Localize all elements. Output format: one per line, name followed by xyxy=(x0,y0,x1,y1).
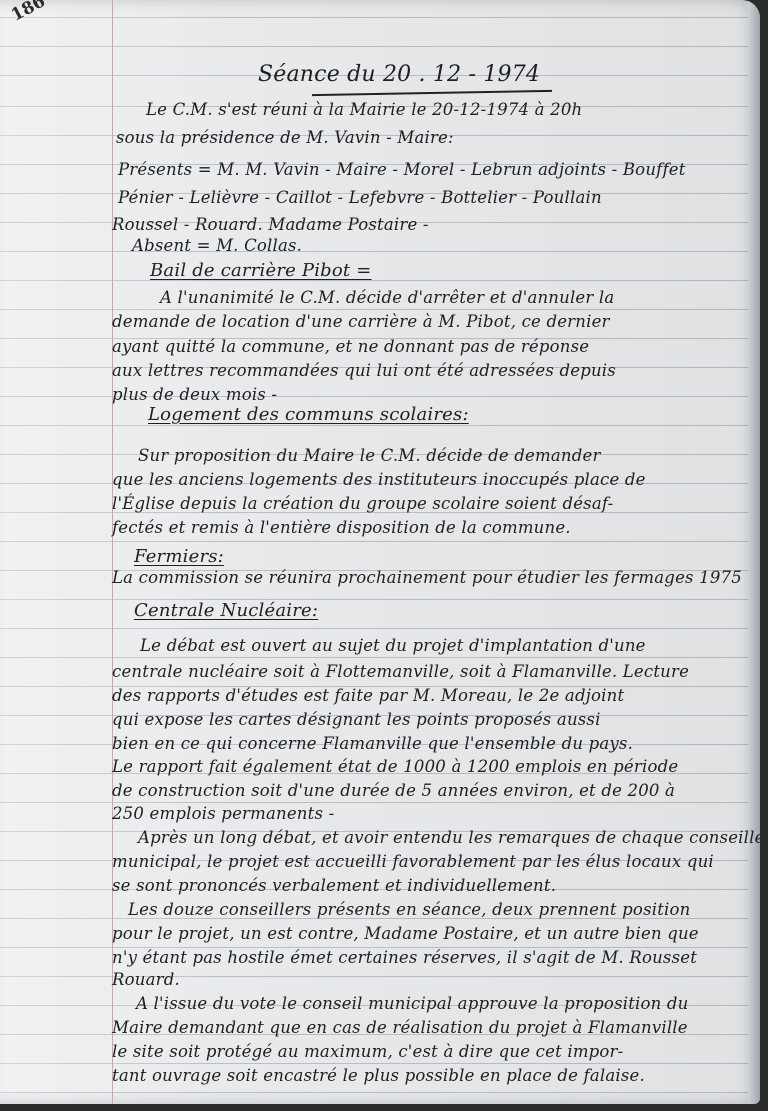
section-line: plus de deux mois - xyxy=(112,385,277,404)
section-line: le site soit protégé au maximum, c'est à… xyxy=(112,1042,623,1061)
section-line: La commission se réunira prochainement p… xyxy=(112,568,742,587)
section-line: des rapports d'études est faite par M. M… xyxy=(112,686,624,705)
section-line: aux lettres recommandées qui lui ont été… xyxy=(112,361,616,380)
section-line: A l'unanimité le C.M. décide d'arrêter e… xyxy=(160,288,614,307)
section-heading-fermiers: Fermiers: xyxy=(134,546,224,567)
section-line: que les anciens logements des instituteu… xyxy=(112,470,646,489)
section-line: municipal, le projet est accueilli favor… xyxy=(112,852,714,871)
section-line: de construction soit d'une durée de 5 an… xyxy=(112,781,675,800)
intro-line: Le C.M. s'est réuni à la Mairie le 20-12… xyxy=(146,100,582,119)
present-line: Pénier - Lelièvre - Caillot - Lefebvre -… xyxy=(118,188,602,207)
present-line: Roussel - Rouard. Madame Postaire - xyxy=(112,215,429,234)
section-line: bien en ce qui concerne Flamanville que … xyxy=(112,734,633,753)
section-line: Sur proposition du Maire le C.M. décide … xyxy=(138,446,601,465)
section-line: pour le projet, un est contre, Madame Po… xyxy=(112,924,699,943)
page-title: Séance du 20 . 12 - 1974 xyxy=(258,62,540,87)
page-edge-shadow xyxy=(748,0,760,1104)
absent-line: Absent = M. Collas. xyxy=(132,236,302,255)
ledger-page: 186 Séance du 20 . 12 - 1974 Le C.M. s'e… xyxy=(0,0,760,1104)
section-line: Après un long débat, et avoir entendu le… xyxy=(138,828,760,847)
section-line: Le débat est ouvert au sujet du projet d… xyxy=(140,636,646,655)
section-line: Rouard. xyxy=(112,970,180,989)
section-line: Les douze conseillers présents en séance… xyxy=(128,900,690,919)
section-line: fectés et remis à l'entière disposition … xyxy=(112,518,571,537)
section-heading-bail-carriere: Bail de carrière Pibot = xyxy=(150,260,372,281)
section-line: n'y étant pas hostile émet certaines rés… xyxy=(112,948,697,967)
section-line: tant ouvrage soit encastré le plus possi… xyxy=(112,1066,645,1085)
section-line: se sont prononcés verbalement et individ… xyxy=(112,876,556,895)
section-line: Maire demandant que en cas de réalisatio… xyxy=(112,1018,688,1037)
section-line: A l'issue du vote le conseil municipal a… xyxy=(136,994,689,1013)
section-line: Le rapport fait également état de 1000 à… xyxy=(112,757,678,776)
section-line: demande de location d'une carrière à M. … xyxy=(112,312,610,331)
section-line: 250 emplois permanents - xyxy=(112,804,334,823)
intro-line: sous la présidence de M. Vavin - Maire: xyxy=(116,128,454,147)
section-line: ayant quitté la commune, et ne donnant p… xyxy=(112,337,589,356)
section-line: centrale nucléaire soit à Flottemanville… xyxy=(112,662,689,681)
page-number: 186 xyxy=(8,0,49,26)
section-heading-centrale-nucleaire: Centrale Nucléaire: xyxy=(134,600,318,621)
bleed-through-text xyxy=(158,60,168,85)
section-line: qui expose les cartes désignant les poin… xyxy=(112,710,601,729)
section-heading-logement: Logement des communs scolaires: xyxy=(148,404,469,425)
present-line: Présents = M. M. Vavin - Maire - Morel -… xyxy=(118,160,686,179)
section-line: l'Église depuis la création du groupe sc… xyxy=(112,494,613,513)
title-underline xyxy=(312,90,552,96)
